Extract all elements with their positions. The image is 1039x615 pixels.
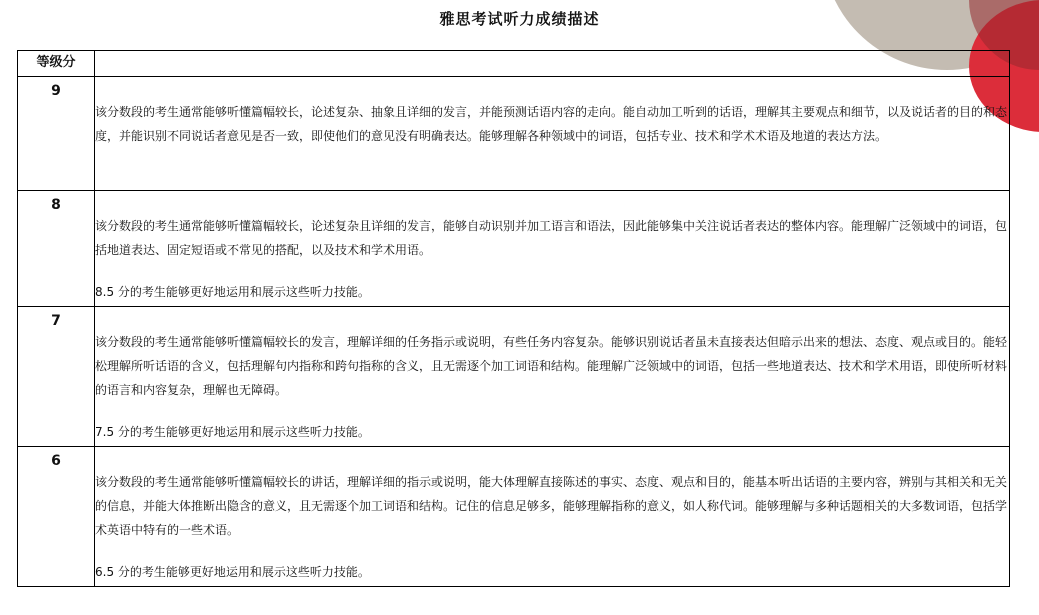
half-band-note: 6.5 分的考生能够更好地运用和展示这些听力技能。 (95, 560, 1009, 584)
band-description: 该分数段的考生通常能够听懂篇幅较长，论述复杂且详细的发言，能够自动识别并加工语言… (95, 214, 1009, 262)
table-row-band-8: 8 该分数段的考生通常能够听懂篇幅较长，论述复杂且详细的发言，能够自动识别并加工… (18, 191, 1010, 307)
band-description: 该分数段的考生通常能够听懂篇幅较长的讲话，理解详细的指示或说明，能大体理解直接陈… (95, 470, 1009, 542)
header-description (95, 51, 1010, 77)
document-title: 雅思考试听力成绩描述 (0, 8, 1039, 29)
band-description-cell: 该分数段的考生通常能够听懂篇幅较长的讲话，理解详细的指示或说明，能大体理解直接陈… (95, 447, 1010, 587)
band-score: 9 (18, 77, 94, 99)
band-score-cell: 6 (18, 447, 95, 587)
table-row-band-7: 7 该分数段的考生通常能够听懂篇幅较长的发言，理解详细的任务指示或说明，有些任务… (18, 307, 1010, 447)
band-score: 8 (18, 191, 94, 213)
header-band-score: 等级分 (18, 51, 95, 77)
band-score-cell: 8 (18, 191, 95, 307)
band-description: 该分数段的考生通常能够听懂篇幅较长，论述复杂、抽象且详细的发言，并能预测话语内容… (95, 100, 1009, 148)
table-row-band-9: 9 该分数段的考生通常能够听懂篇幅较长，论述复杂、抽象且详细的发言，并能预测话语… (18, 77, 1010, 191)
band-description-cell: 该分数段的考生通常能够听懂篇幅较长的发言，理解详细的任务指示或说明，有些任务内容… (95, 307, 1010, 447)
table-header-row: 等级分 (18, 51, 1010, 77)
half-band-note: 7.5 分的考生能够更好地运用和展示这些听力技能。 (95, 420, 1009, 444)
band-description-cell: 该分数段的考生通常能够听懂篇幅较长，论述复杂且详细的发言，能够自动识别并加工语言… (95, 191, 1010, 307)
band-description: 该分数段的考生通常能够听懂篇幅较长的发言，理解详细的任务指示或说明，有些任务内容… (95, 330, 1009, 402)
table-row-band-6: 6 该分数段的考生通常能够听懂篇幅较长的讲话，理解详细的指示或说明，能大体理解直… (18, 447, 1010, 587)
band-score: 7 (18, 307, 94, 329)
half-band-note: 8.5 分的考生能够更好地运用和展示这些听力技能。 (95, 280, 1009, 304)
band-score-cell: 7 (18, 307, 95, 447)
band-description-cell: 该分数段的考生通常能够听懂篇幅较长，论述复杂、抽象且详细的发言，并能预测话语内容… (95, 77, 1010, 191)
band-score: 6 (18, 447, 94, 469)
band-score-cell: 9 (18, 77, 95, 191)
band-descriptor-table: 等级分 9 该分数段的考生通常能够听懂篇幅较长，论述复杂、抽象且详细的发言，并能… (17, 50, 1010, 587)
